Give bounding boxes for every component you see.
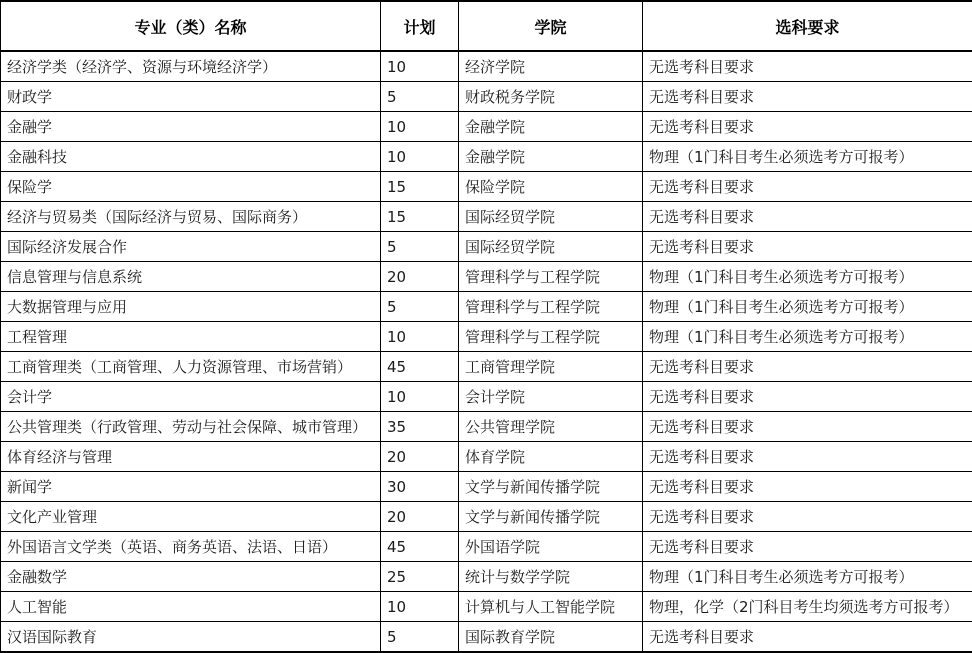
table-row: 工程管理10管理科学与工程学院物理（1门科目考生必须选考方可报考） — [1, 322, 972, 352]
table-row: 体育经济与管理20体育学院无选考科目要求 — [1, 442, 972, 472]
college-cell: 统计与数学学院 — [459, 562, 643, 592]
plan-cell: 5 — [381, 292, 459, 322]
requirement-cell: 无选考科目要求 — [643, 172, 972, 202]
college-cell: 文学与新闻传播学院 — [459, 472, 643, 502]
requirement-cell: 无选考科目要求 — [643, 202, 972, 232]
header-row: 专业（类）名称 计划 学院 选科要求 — [1, 1, 972, 51]
plan-cell: 15 — [381, 202, 459, 232]
major-cell: 工程管理 — [1, 322, 381, 352]
plan-cell: 10 — [381, 142, 459, 172]
table-row: 会计学10会计学院无选考科目要求 — [1, 382, 972, 412]
requirement-cell: 无选考科目要求 — [643, 82, 972, 112]
requirement-cell: 无选考科目要求 — [643, 51, 972, 82]
major-cell: 金融数学 — [1, 562, 381, 592]
major-cell: 外国语言文学类（英语、商务英语、法语、日语） — [1, 532, 381, 562]
table-row: 财政学5财政税务学院无选考科目要求 — [1, 82, 972, 112]
college-cell: 管理科学与工程学院 — [459, 292, 643, 322]
major-cell: 会计学 — [1, 382, 381, 412]
college-cell: 工商管理学院 — [459, 352, 643, 382]
requirement-cell: 无选考科目要求 — [643, 532, 972, 562]
table-row: 工商管理类（工商管理、人力资源管理、市场营销）45工商管理学院无选考科目要求 — [1, 352, 972, 382]
major-cell: 体育经济与管理 — [1, 442, 381, 472]
plan-cell: 10 — [381, 51, 459, 82]
major-cell: 新闻学 — [1, 472, 381, 502]
plan-cell: 5 — [381, 622, 459, 653]
major-cell: 汉语国际教育 — [1, 622, 381, 653]
major-cell: 公共管理类（行政管理、劳动与社会保障、城市管理） — [1, 412, 381, 442]
major-cell: 财政学 — [1, 82, 381, 112]
college-cell: 计算机与人工智能学院 — [459, 592, 643, 622]
requirement-cell: 无选考科目要求 — [643, 442, 972, 472]
header-major: 专业（类）名称 — [1, 1, 381, 51]
page: 专业（类）名称 计划 学院 选科要求 经济学类（经济学、资源与环境经济学）10经… — [0, 0, 972, 653]
plan-cell: 45 — [381, 532, 459, 562]
major-cell: 经济学类（经济学、资源与环境经济学） — [1, 51, 381, 82]
major-cell: 金融科技 — [1, 142, 381, 172]
college-cell: 管理科学与工程学院 — [459, 322, 643, 352]
requirement-cell: 无选考科目要求 — [643, 232, 972, 262]
plan-cell: 5 — [381, 82, 459, 112]
requirement-cell: 无选考科目要求 — [643, 622, 972, 653]
table-row: 大数据管理与应用5管理科学与工程学院物理（1门科目考生必须选考方可报考） — [1, 292, 972, 322]
college-cell: 保险学院 — [459, 172, 643, 202]
major-cell: 人工智能 — [1, 592, 381, 622]
plan-cell: 5 — [381, 232, 459, 262]
table-row: 文化产业管理20文学与新闻传播学院无选考科目要求 — [1, 502, 972, 532]
table-row: 保险学15保险学院无选考科目要求 — [1, 172, 972, 202]
requirement-cell: 物理（1门科目考生必须选考方可报考） — [643, 322, 972, 352]
table-row: 金融科技10金融学院物理（1门科目考生必须选考方可报考） — [1, 142, 972, 172]
major-cell: 保险学 — [1, 172, 381, 202]
table-row: 金融数学25统计与数学学院物理（1门科目考生必须选考方可报考） — [1, 562, 972, 592]
college-cell: 经济学院 — [459, 51, 643, 82]
plan-cell: 20 — [381, 262, 459, 292]
plan-cell: 10 — [381, 382, 459, 412]
requirement-cell: 无选考科目要求 — [643, 112, 972, 142]
major-cell: 文化产业管理 — [1, 502, 381, 532]
plan-cell: 10 — [381, 592, 459, 622]
plan-cell: 30 — [381, 472, 459, 502]
table-header: 专业（类）名称 计划 学院 选科要求 — [1, 1, 972, 51]
plan-cell: 10 — [381, 322, 459, 352]
college-cell: 国际经贸学院 — [459, 232, 643, 262]
college-cell: 公共管理学院 — [459, 412, 643, 442]
college-cell: 会计学院 — [459, 382, 643, 412]
major-cell: 金融学 — [1, 112, 381, 142]
plan-cell: 25 — [381, 562, 459, 592]
table-row: 外国语言文学类（英语、商务英语、法语、日语）45外国语学院无选考科目要求 — [1, 532, 972, 562]
table-row: 经济学类（经济学、资源与环境经济学）10经济学院无选考科目要求 — [1, 51, 972, 82]
table-row: 人工智能10计算机与人工智能学院物理，化学（2门科目考生均须选考方可报考） — [1, 592, 972, 622]
college-cell: 国际经贸学院 — [459, 202, 643, 232]
table-row: 公共管理类（行政管理、劳动与社会保障、城市管理）35公共管理学院无选考科目要求 — [1, 412, 972, 442]
admissions-table: 专业（类）名称 计划 学院 选科要求 经济学类（经济学、资源与环境经济学）10经… — [0, 0, 972, 653]
college-cell: 文学与新闻传播学院 — [459, 502, 643, 532]
college-cell: 管理科学与工程学院 — [459, 262, 643, 292]
college-cell: 金融学院 — [459, 112, 643, 142]
table-row: 金融学10金融学院无选考科目要求 — [1, 112, 972, 142]
requirement-cell: 物理（1门科目考生必须选考方可报考） — [643, 292, 972, 322]
table-row: 信息管理与信息系统20管理科学与工程学院物理（1门科目考生必须选考方可报考） — [1, 262, 972, 292]
requirement-cell: 物理（1门科目考生必须选考方可报考） — [643, 262, 972, 292]
requirement-cell: 无选考科目要求 — [643, 472, 972, 502]
plan-cell: 35 — [381, 412, 459, 442]
plan-cell: 20 — [381, 442, 459, 472]
table-row: 国际经济发展合作5国际经贸学院无选考科目要求 — [1, 232, 972, 262]
requirement-cell: 无选考科目要求 — [643, 382, 972, 412]
table-row: 新闻学30文学与新闻传播学院无选考科目要求 — [1, 472, 972, 502]
header-requirement: 选科要求 — [643, 1, 972, 51]
college-cell: 体育学院 — [459, 442, 643, 472]
plan-cell: 10 — [381, 112, 459, 142]
table-body: 经济学类（经济学、资源与环境经济学）10经济学院无选考科目要求财政学5财政税务学… — [1, 51, 972, 652]
major-cell: 信息管理与信息系统 — [1, 262, 381, 292]
major-cell: 大数据管理与应用 — [1, 292, 381, 322]
requirement-cell: 无选考科目要求 — [643, 412, 972, 442]
requirement-cell: 物理（1门科目考生必须选考方可报考） — [643, 562, 972, 592]
table-row: 汉语国际教育5国际教育学院无选考科目要求 — [1, 622, 972, 653]
college-cell: 金融学院 — [459, 142, 643, 172]
requirement-cell: 无选考科目要求 — [643, 352, 972, 382]
header-college: 学院 — [459, 1, 643, 51]
requirement-cell: 无选考科目要求 — [643, 502, 972, 532]
requirement-cell: 物理，化学（2门科目考生均须选考方可报考） — [643, 592, 972, 622]
table-row: 经济与贸易类（国际经济与贸易、国际商务）15国际经贸学院无选考科目要求 — [1, 202, 972, 232]
header-plan: 计划 — [381, 1, 459, 51]
major-cell: 工商管理类（工商管理、人力资源管理、市场营销） — [1, 352, 381, 382]
plan-cell: 20 — [381, 502, 459, 532]
major-cell: 经济与贸易类（国际经济与贸易、国际商务） — [1, 202, 381, 232]
college-cell: 国际教育学院 — [459, 622, 643, 653]
major-cell: 国际经济发展合作 — [1, 232, 381, 262]
requirement-cell: 物理（1门科目考生必须选考方可报考） — [643, 142, 972, 172]
plan-cell: 15 — [381, 172, 459, 202]
college-cell: 外国语学院 — [459, 532, 643, 562]
plan-cell: 45 — [381, 352, 459, 382]
college-cell: 财政税务学院 — [459, 82, 643, 112]
